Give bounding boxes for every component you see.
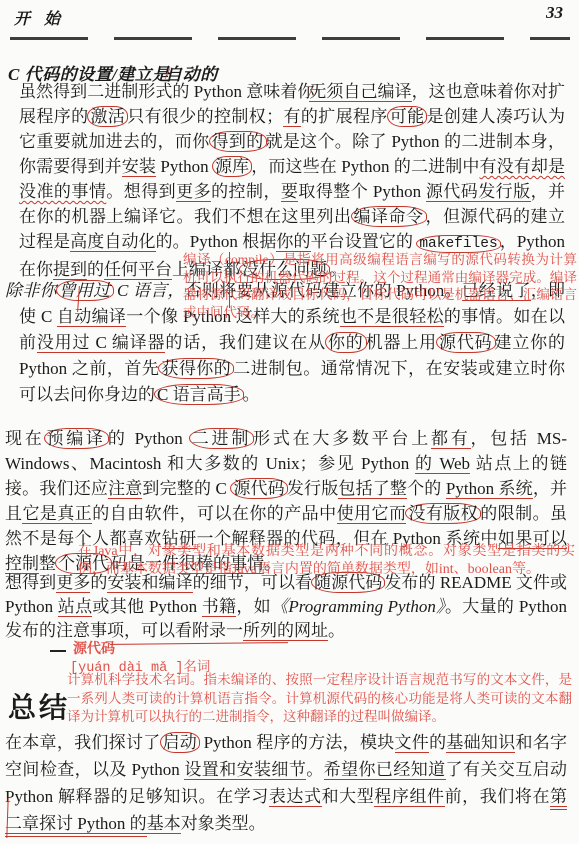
pen-marked-text: 更多	[176, 182, 211, 202]
text-run: 想得到	[5, 573, 56, 592]
pen-marked-text: 它是真正	[22, 504, 92, 524]
text-run: 在本章，我们探讨了	[5, 733, 161, 752]
body-paragraph-4: 想得到更多的安装和编译的细节，可以看随源代码发布的 README 文件或 Pyt…	[5, 571, 567, 643]
pen-marked-text: 预编译	[44, 428, 109, 449]
pen-marked-text: 可能	[387, 106, 428, 127]
pen-marked-text: 注意	[108, 479, 142, 499]
pen-marked-text: 你的	[325, 332, 367, 353]
annotation-java-note: 在Java中，对象类型和基本数据类型是两种不同的概念。对象类型是指类的实例，而基…	[78, 543, 575, 579]
pen-marked-text: 源代码	[436, 332, 496, 353]
text-run: ，如	[236, 597, 271, 616]
text-run: 的控制，	[211, 182, 281, 201]
pen-marked-text: 安装	[122, 157, 156, 177]
page-number: 33	[546, 3, 563, 23]
text-run: 或其他 Python	[92, 597, 201, 616]
pen-marked-text: 得到的	[209, 131, 267, 152]
pen-stroke-vertical-2	[229, 252, 230, 308]
pen-marked-text: 文件	[395, 733, 430, 753]
pen-marked-text: 没有版权	[405, 503, 481, 524]
pen-marked-text: 曾用过	[56, 280, 114, 301]
text-run: 的扩展程序	[301, 107, 388, 126]
pen-marked-text: 启动	[160, 732, 201, 753]
text-run: 现在	[5, 429, 45, 448]
text-run: 到完整的 C	[142, 479, 231, 498]
pen-marked-text: 激活	[87, 106, 128, 127]
pen-marked-text: 二进制	[189, 428, 254, 449]
text-run: 。	[328, 621, 345, 640]
pen-marked-text: 基本	[147, 814, 181, 834]
text-run: 的自由软件，可以在你的产品中	[92, 504, 336, 523]
pen-marked-text: 编译命令	[351, 206, 427, 227]
pen-marked-text: 所列的网址	[243, 621, 328, 641]
pen-marked-text: 表达式	[269, 787, 322, 807]
text-run: 。	[243, 385, 260, 404]
text-run: 和大型	[322, 787, 375, 806]
text-run: 的。Python 根据	[156, 232, 277, 251]
text-run: Python 程序的方法，模块	[199, 733, 394, 752]
text-run: 个的	[407, 479, 446, 498]
annotation-compile-note: 编译（compile）是指将用高级编程语言编写的源代码转换为计算机可以执行的机器…	[183, 251, 577, 321]
text-run: 的	[87, 260, 104, 279]
text-run: 只有很少的控制权；	[127, 107, 283, 126]
text-run: 发行版	[287, 479, 339, 498]
header-rule	[10, 37, 570, 40]
text-run: 。想得到	[106, 182, 176, 201]
black-dash-mark	[50, 650, 66, 652]
text-run: C 语言，	[113, 281, 185, 300]
pen-marked-text: 无须自己编译	[309, 82, 411, 102]
text-run: 。	[306, 760, 323, 779]
pen-marked-text: 站点	[58, 597, 93, 617]
text-run: 的	[429, 733, 446, 752]
pen-marked-text: 没用过 C 编译器	[37, 333, 166, 353]
text-run: 前，我们将在	[445, 787, 550, 806]
text-run: ，而这些在 Python 的二进制中	[251, 157, 479, 176]
pen-marked-text: 你的	[276, 232, 310, 252]
pen-marked-text: 源代码发行版	[426, 182, 531, 202]
text-run: 对象类型。	[181, 814, 266, 833]
book-page: 开 始 33 C 代码的设置/建立是∕自动的 虽然得到二进制形式的 Python…	[0, 0, 579, 844]
pen-marked-text: 获得你的	[158, 358, 234, 379]
pen-marked-text: 任何平台	[104, 260, 172, 280]
pen-marked-text: 提到	[53, 260, 87, 280]
pen-marked-text: 包括了整	[338, 479, 407, 499]
summary-heading: 总结	[8, 686, 70, 726]
pen-marked-text: 希望你已经知道	[324, 760, 446, 780]
text-run: Python	[156, 157, 213, 176]
text-run: 取得整个 Python	[298, 182, 425, 201]
pen-marked-text: 自动编译	[57, 307, 126, 327]
pen-marked-text: 源代码	[230, 478, 288, 499]
pen-marked-text: 程序组件	[374, 787, 444, 807]
pen-marked-text: Python 系统	[446, 479, 533, 499]
text-run: 《Programming Python》	[271, 597, 445, 616]
pen-marked-text: 高度自动化	[70, 232, 155, 252]
pen-marked-text: C 语言高手	[154, 384, 244, 405]
pen-marked-text: 的 Web	[415, 454, 470, 474]
text-run: 的话，我们建议在从	[165, 333, 326, 352]
text-run: 平台设置它的	[311, 232, 418, 251]
text-run: 虽然得到二进制形式的 Python 意味着你	[19, 82, 314, 101]
pen-marked-text: 源库	[212, 156, 252, 177]
text-run: 形式在大多数平台上	[253, 429, 431, 448]
annotation-definition: 计算机科学技术名词。指未编译的、按照一定程序设计语言规范书写的文本文件，是一系列…	[67, 671, 572, 727]
running-header: 开 始	[14, 6, 65, 29]
text-run: 除非你	[5, 281, 57, 300]
pen-marked-text: 设置和安装细节	[184, 760, 306, 780]
pen-marked-text: 都有	[431, 429, 471, 449]
summary-paragraph: 在本章，我们探讨了启动 Python 程序的方法，模块文件的基础知识和名字空间检…	[5, 729, 567, 837]
pen-marked-text: 基础知识	[446, 733, 515, 753]
pen-marked-text: 书籍	[202, 597, 237, 617]
text-run: 机器上用	[366, 333, 437, 352]
pen-marked-text: 使用它而	[337, 504, 407, 524]
text-run: 的 Python	[108, 429, 190, 448]
pen-marked-text: 要	[281, 182, 298, 202]
pen-marked-text: 有	[283, 107, 301, 127]
